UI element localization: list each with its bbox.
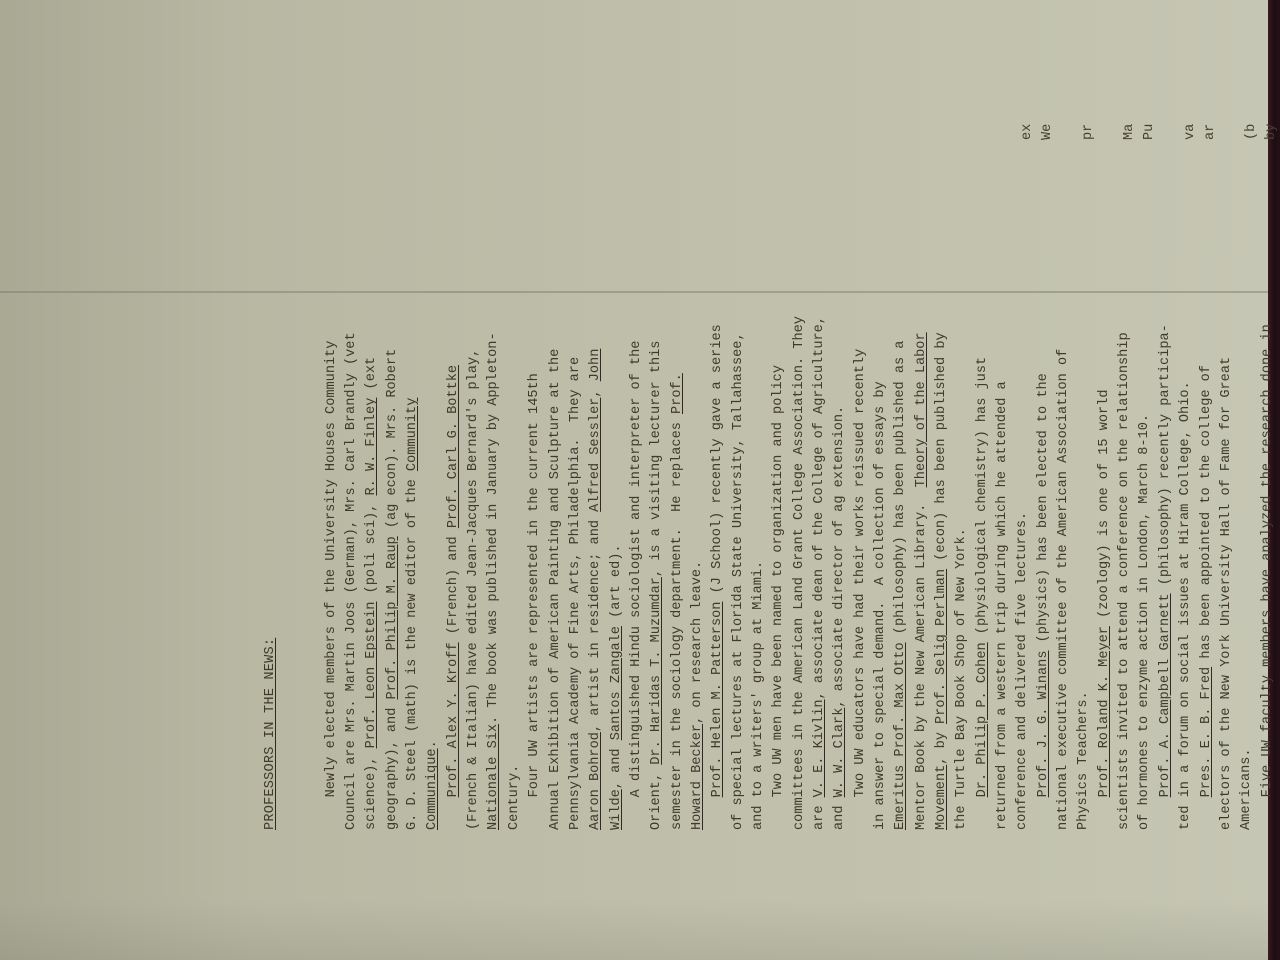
page-fragment: Ma <box>1122 107 1142 140</box>
page-fragment: ex <box>1020 107 1040 140</box>
text-run: science), <box>364 748 379 830</box>
text-line: Prof. Helen M. Patterson (J School) rece… <box>708 170 728 830</box>
page-fragment <box>1162 107 1182 140</box>
text-line: Movement, by Prof. Selig Perlman (econ) … <box>932 170 952 830</box>
underlined-name: Santos Zangale <box>609 626 624 740</box>
text-run: Orient, <box>649 765 664 830</box>
text-run: (French & Italian) have edited Jean-Jacq… <box>466 349 481 830</box>
text-run: . The book was published in January by A… <box>486 332 501 724</box>
text-line: Orient, Dr. Haridas T. Muzumdar, is a vi… <box>647 170 667 830</box>
text-line: Two UW men have been named to organizati… <box>769 170 789 830</box>
underlined-name: Aaron Bohrod <box>588 732 603 830</box>
text-run: Four UW artists are represented in the c… <box>527 373 542 830</box>
underlined-name: John <box>588 349 603 382</box>
text-line: Five UW faculty members have analyzed th… <box>1258 170 1278 830</box>
text-run: Mentor Book by the New American Library. <box>914 487 929 830</box>
text-run: semester in the sociology department. He… <box>670 414 685 830</box>
text-run <box>710 797 725 830</box>
text-run: (philosophy) recently participa- <box>1158 324 1173 593</box>
text-line: Communique. <box>423 170 443 830</box>
text-run: (poli sci), <box>364 496 379 602</box>
text-line: Prof. Alex Y. Kroff (French) and Prof. C… <box>444 170 464 830</box>
text-line: of hormones to enzyme action in London, … <box>1135 170 1155 830</box>
text-line: committees in the American Land Grant Co… <box>790 170 810 830</box>
text-line: A distinguished Hindu sociologist and in… <box>627 170 647 830</box>
adjacent-page-fragments: exWeprMaPuvaar(bbyReHoStthGrJuCurePuinph… <box>1020 107 1280 140</box>
text-run: electors of the New York University Hall… <box>1219 357 1234 830</box>
page-fragment: va <box>1183 107 1203 140</box>
underlined-name: Community <box>405 398 420 471</box>
text-line: of special lectures at Florida State Uni… <box>729 170 749 830</box>
underlined-name: Prof. Roland K. Meyer <box>1097 626 1112 797</box>
text-line: returned from a western trip during whic… <box>993 170 1013 830</box>
text-run: Two UW educators have had their works re… <box>853 349 868 830</box>
text-run: , <box>588 381 603 397</box>
text-run: (ext <box>364 357 379 398</box>
underlined-name: Nationale Six <box>486 724 501 830</box>
text-run: A distinguished Hindu sociologist and in… <box>629 341 644 830</box>
text-run: , is a visiting lecturer this <box>649 341 664 578</box>
text-line: G. D. Steel (math) is the new editor of … <box>403 170 423 830</box>
underlined-name: Prof. Leon Epstein <box>364 602 379 749</box>
text-line: (French & Italian) have edited Jean-Jacq… <box>464 170 484 830</box>
page-shadow <box>0 900 1268 960</box>
text-run: returned from a western trip during whic… <box>995 381 1010 830</box>
text-line: Americans. <box>1237 170 1257 830</box>
text-run: are <box>812 797 827 830</box>
text-line: Prof. A. Campbell Garnett (philosophy) r… <box>1156 170 1176 830</box>
text-line: Prof. Roland K. Meyer (zoology) is one o… <box>1095 170 1115 830</box>
text-run: national executive committee of the Amer… <box>1056 349 1071 830</box>
text-line: Physics Teachers. <box>1074 170 1094 830</box>
text-line: semester in the sociology department. He… <box>668 170 688 830</box>
text-run: Newly elected members of the University … <box>324 341 339 830</box>
text-run: , associate director of ag extension. <box>832 406 847 708</box>
text-line: in answer to special demand. A collectio… <box>871 170 891 830</box>
text-run: Two UW men have been named to organizati… <box>771 365 786 830</box>
underlined-name: Prof. Alex Y. Kroff <box>446 642 461 797</box>
text-run: Council are Mrs. Martin Joos (German), M… <box>344 332 359 830</box>
text-run: (philosophy) has been published as a <box>893 341 908 643</box>
text-run: (physics) has been elected to the <box>1036 373 1051 650</box>
text-line: scientists invited to attend a conferenc… <box>1115 170 1135 830</box>
text-run: , and <box>609 740 624 789</box>
text-line: national executive committee of the Amer… <box>1054 170 1074 830</box>
text-line: Emeritus Prof. Max Otto (philosophy) has… <box>891 170 911 830</box>
text-line: Pres. E. B. Fred has been appointed to t… <box>1197 170 1217 830</box>
text-run: . <box>425 740 440 748</box>
text-line: are V. E. Kivlin, associate dean of the … <box>810 170 830 830</box>
text-run: (physiological chemistry) has just <box>975 357 990 643</box>
page-body: Newly elected members of the University … <box>322 170 1280 830</box>
text-line: Dr. Philip P. Cohen (physiological chemi… <box>973 170 993 830</box>
text-run: in answer to special demand. A collectio… <box>873 381 888 830</box>
underlined-name: V. E. Kivlin <box>812 699 827 797</box>
underlined-name: Communique <box>425 748 440 830</box>
text-run: , by <box>934 724 949 765</box>
text-run: , associate dean of the College of Agric… <box>812 316 827 699</box>
text-line: electors of the New York University Hall… <box>1217 170 1237 830</box>
text-run: has been appointed to the college of <box>1199 365 1214 667</box>
text-line: ted in a forum on social issues at Hiram… <box>1176 170 1196 830</box>
text-run: , artist in residence; and <box>588 512 603 732</box>
text-line: the Turtle Bay Book Shop of New York. <box>952 170 972 830</box>
underlined-name: Dr. Haridas T. Muzumdar <box>649 577 664 765</box>
text-line: Century. <box>505 170 525 830</box>
text-run: committees in the American Land Grant Co… <box>792 316 807 830</box>
text-run: of hormones to enzyme action in London, … <box>1137 414 1152 830</box>
underlined-name: Prof. Selig Perlman <box>934 569 949 724</box>
page-fragment <box>1061 107 1081 140</box>
page-fragment <box>1101 107 1121 140</box>
text-line: Annual Exhibition of American Painting a… <box>546 170 566 830</box>
text-run: and to a writers' group at Miami. <box>751 561 766 830</box>
page-fragment: by <box>1264 107 1280 140</box>
text-line: science), Prof. Leon Epstein (poli sci),… <box>362 170 382 830</box>
text-run: (J School) recently gave a series <box>710 324 725 601</box>
underlined-name: Theory of the Labor <box>914 332 929 487</box>
text-line: Four UW artists are represented in the c… <box>525 170 545 830</box>
text-line: Council are Mrs. Martin Joos (German), M… <box>342 170 362 830</box>
page-fragment: We <box>1040 107 1060 140</box>
underlined-name: Prof. J. G. Winans <box>1036 651 1051 798</box>
text-line: Pennsylvania Academy of Fine Arts, Phila… <box>566 170 586 830</box>
text-run: geography), and <box>385 699 400 830</box>
text-run: the Turtle Bay Book Shop of New York. <box>954 528 969 830</box>
text-line: Howard Becker, on research leave. <box>688 170 708 830</box>
text-line: and to a writers' group at Miami. <box>749 170 769 830</box>
underlined-name: Prof. Philip M. Raup <box>385 536 400 699</box>
underlined-name: W. W. Clark <box>832 708 847 798</box>
page-fragment: (b <box>1244 107 1264 140</box>
text-line: Two UW educators have had their works re… <box>851 170 871 830</box>
underlined-name: R. W. Finley <box>364 398 379 496</box>
underlined-name: Movement <box>934 765 949 830</box>
text-run: scientists invited to attend a conferenc… <box>1117 332 1132 830</box>
underlined-name: Prof. Carl G. Bottke <box>446 365 461 528</box>
text-run: conference and delivered five lectures. <box>1015 512 1030 830</box>
text-run <box>1199 797 1214 830</box>
page-fragment: ar <box>1203 107 1223 140</box>
text-run: (econ) has been published by <box>934 332 949 569</box>
section-heading: PROFESSORS IN THE NEWS: <box>261 170 281 830</box>
text-run: of special lectures at Florida State Uni… <box>731 332 746 830</box>
underlined-name: Prof. <box>670 373 685 414</box>
text-run <box>975 797 990 830</box>
underlined-name: Prof. Helen M. Patterson <box>710 602 725 798</box>
page-fragment: pr <box>1081 107 1101 140</box>
text-run: Five UW faculty members have analyzed th… <box>1260 324 1275 830</box>
text-run: ted in a forum on social issues at Hiram… <box>1178 381 1193 830</box>
text-run: Physics Teachers. <box>1076 691 1091 830</box>
text-run: (ag econ). Mrs. Robert <box>385 349 400 537</box>
underlined-name: Alfred Sessler <box>588 398 603 512</box>
page-fragment <box>1223 107 1243 140</box>
text-line: Wilde, and Santos Zangale (art ed). <box>607 170 627 830</box>
text-line: Mentor Book by the New American Library.… <box>912 170 932 830</box>
text-run: (art ed). <box>609 544 624 626</box>
typewritten-page: PROFESSORS IN THE NEWS: Newly elected me… <box>220 170 1280 830</box>
text-run: , on research leave. <box>690 561 705 724</box>
text-line: Prof. J. G. Winans (physics) has been el… <box>1034 170 1054 830</box>
text-run <box>446 797 461 830</box>
text-line: conference and delivered five lectures. <box>1013 170 1033 830</box>
text-run <box>1036 797 1051 830</box>
underlined-name: Emeritus Prof. Max Otto <box>893 642 908 830</box>
text-run: (French) and <box>446 528 461 642</box>
underlined-name: Wilde <box>609 789 624 830</box>
page-fragment: Pu <box>1142 107 1162 140</box>
text-run: Annual Exhibition of American Painting a… <box>548 349 563 830</box>
text-line: geography), and Prof. Philip M. Raup (ag… <box>383 170 403 830</box>
text-line: Nationale Six. The book was published in… <box>484 170 504 830</box>
underlined-name: Prof. A. Campbell Garnett <box>1158 593 1173 797</box>
text-run: (zoology) is one of 15 world <box>1097 389 1112 626</box>
text-run: and <box>832 797 847 830</box>
text-run: G. D. Steel (math) is the new editor of … <box>405 471 420 830</box>
text-line: Aaron Bohrod, artist in residence; and A… <box>586 170 606 830</box>
text-line: Newly elected members of the University … <box>322 170 342 830</box>
underlined-name: Pres. E. B. Fred <box>1199 667 1214 798</box>
underlined-name: Howard Becker <box>690 724 705 830</box>
text-run <box>1097 797 1112 830</box>
text-run: Americans. <box>1239 748 1254 830</box>
text-run: Pennsylvania Academy of Fine Arts, Phila… <box>568 357 583 830</box>
underlined-name: Dr. Philip P. Cohen <box>975 642 990 797</box>
text-run <box>1158 797 1173 830</box>
text-run: Century. <box>507 765 522 830</box>
text-line: and W. W. Clark, associate director of a… <box>830 170 850 830</box>
